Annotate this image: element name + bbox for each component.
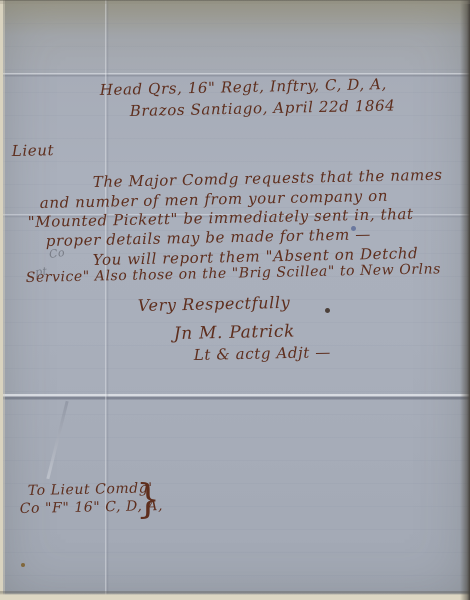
brown-speck [21,563,25,567]
signature-name: Jn M. Patrick [174,321,296,344]
footer-addressee-line-1: To Lieut Comdg' [28,480,153,499]
paper-top-tint [0,0,470,76]
signature-title: Lt & actg Adjt — [194,343,331,364]
closing-line: Very Respectfully [138,293,291,315]
salutation: Lieut [12,141,55,160]
fold-crease-horizontal-top [0,73,470,77]
margin-pencil-note-2: pt [34,264,48,279]
paper-edge-right [460,0,470,600]
scanned-letter: Head Qrs, 16" Regt, Inftry, C, D, A, Bra… [0,0,470,600]
paper-edge-top [0,0,470,4]
dark-ink-dot [325,308,330,313]
margin-pencil-note-1: Co [48,246,66,261]
fold-crease-horizontal-bottom [0,394,470,400]
paper-edge-bottom [0,591,470,600]
paper-edge-left [0,0,6,600]
footer-brace: } [136,476,162,522]
